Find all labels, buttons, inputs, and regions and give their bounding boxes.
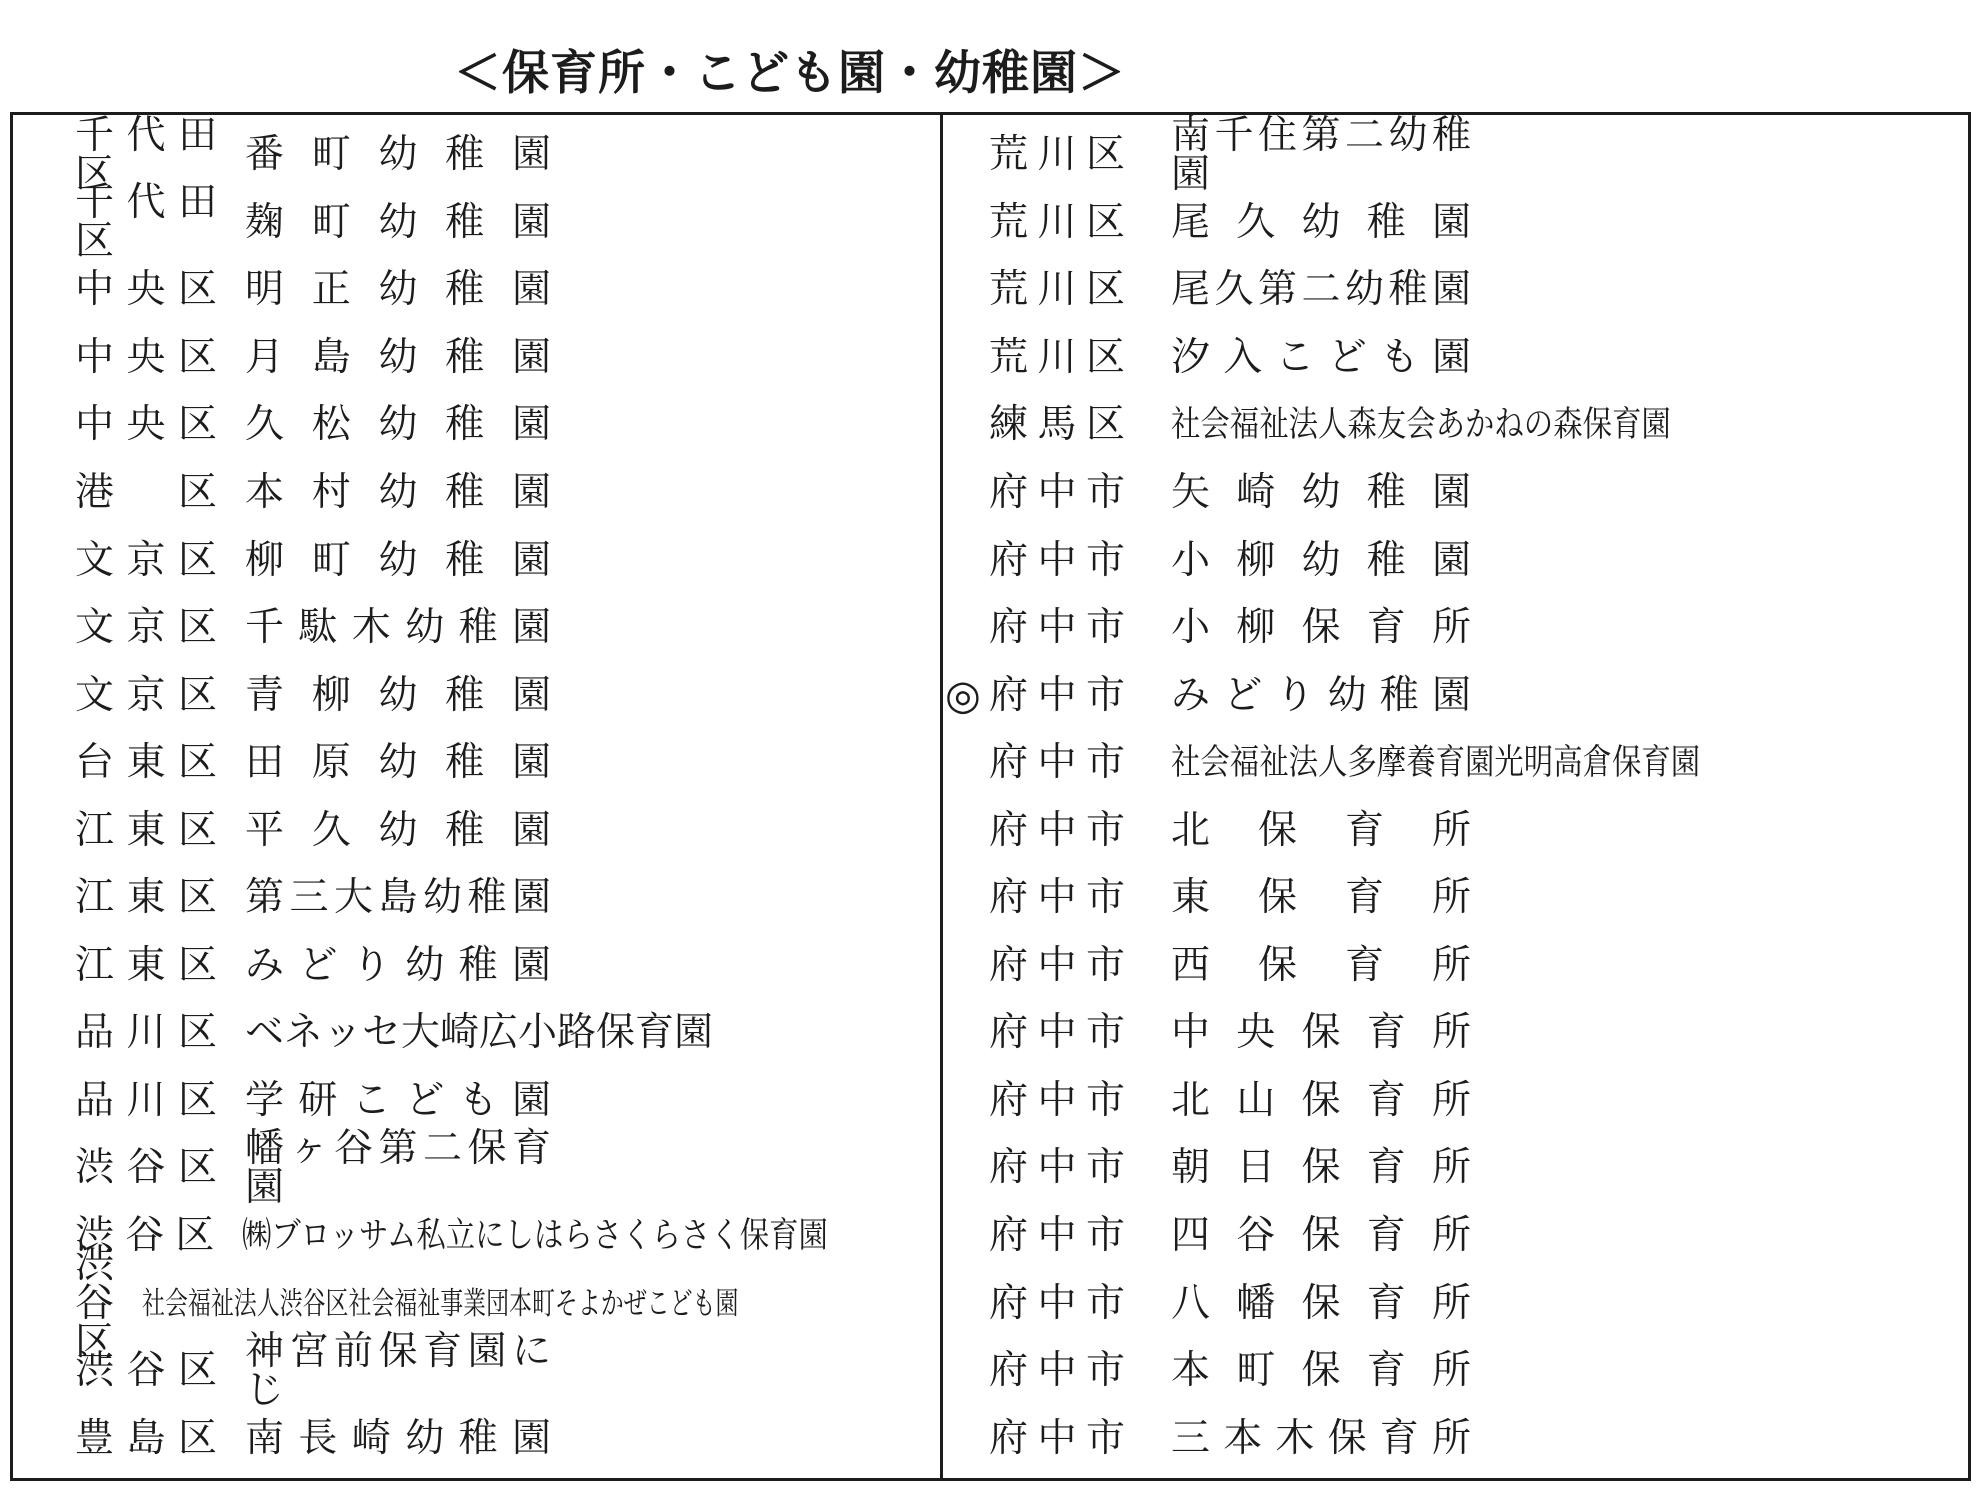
facility-name: 本村幼稚園 bbox=[245, 473, 551, 512]
facility-name: 神宮前保育園にじ bbox=[245, 1332, 551, 1410]
facility-name: 青柳幼稚園 bbox=[245, 676, 551, 715]
ward-name: 中央区 bbox=[75, 270, 217, 309]
facility-name: 尾久第二幼稚園 bbox=[1171, 270, 1471, 309]
facility-row: 渋谷区㈱ブロッサム私立にしはらさくらさく保育園 bbox=[13, 1203, 940, 1269]
facility-row: 府中市社会福祉法人多摩養育園光明高倉保育園 bbox=[943, 730, 1968, 796]
ward-name: 練馬区 bbox=[989, 405, 1125, 444]
facility-row: 府中市八幡保育所 bbox=[943, 1270, 1968, 1336]
facility-name: 南千住第二幼稚園 bbox=[1171, 116, 1471, 194]
facility-row: 千代田区麹町幼稚園 bbox=[13, 189, 940, 255]
facility-name: 社会福祉法人森友会あかねの森保育園 bbox=[1171, 407, 1671, 442]
facility-rows-left: 千代田区番町幼稚園千代田区麹町幼稚園中央区明正幼稚園中央区月島幼稚園中央区久松幼… bbox=[13, 115, 940, 1478]
facility-row: 府中市本町保育所 bbox=[943, 1338, 1968, 1404]
facility-name: 北保育所 bbox=[1171, 811, 1471, 850]
facility-row: 荒川区尾久第二幼稚園 bbox=[943, 257, 1968, 323]
facility-row: 中央区月島幼稚園 bbox=[13, 324, 940, 390]
facility-name: 尾久幼稚園 bbox=[1171, 203, 1471, 242]
facility-row: 江東区みどり幼稚園 bbox=[13, 932, 940, 998]
facility-row: 府中市北保育所 bbox=[943, 797, 1968, 863]
facility-row: 渋谷区社会福祉法人渋谷区社会福祉事業団本町そよかぜこども園 bbox=[13, 1270, 940, 1336]
ward-name: 府中市 bbox=[989, 473, 1125, 512]
facility-row: 府中市四谷保育所 bbox=[943, 1203, 1968, 1269]
facility-row: 府中市小柳幼稚園 bbox=[943, 527, 1968, 593]
facility-row: 練馬区社会福祉法人森友会あかねの森保育園 bbox=[943, 392, 1968, 458]
facility-row: 荒川区汐入こども園 bbox=[943, 324, 1968, 390]
ward-name: 中央区 bbox=[75, 405, 217, 444]
ward-name: 府中市 bbox=[989, 743, 1125, 782]
facility-row: ◎府中市みどり幼稚園 bbox=[943, 662, 1968, 728]
facility-name: 四谷保育所 bbox=[1171, 1216, 1471, 1255]
ward-name: 千代田区 bbox=[75, 183, 217, 261]
facility-list-box: 千代田区番町幼稚園千代田区麹町幼稚園中央区明正幼稚園中央区月島幼稚園中央区久松幼… bbox=[10, 112, 1971, 1481]
ward-name: 府中市 bbox=[989, 1351, 1125, 1390]
ward-name: 府中市 bbox=[989, 676, 1125, 715]
facility-name: 汐入こども園 bbox=[1171, 338, 1471, 377]
ward-name: 江東区 bbox=[75, 946, 217, 985]
ward-name: 台東区 bbox=[75, 743, 217, 782]
facility-name: 朝日保育所 bbox=[1171, 1148, 1471, 1187]
facility-name: みどり幼稚園 bbox=[1171, 676, 1471, 715]
facility-name: 北山保育所 bbox=[1171, 1081, 1471, 1120]
ward-name: 府中市 bbox=[989, 1216, 1125, 1255]
facility-row: 中央区久松幼稚園 bbox=[13, 392, 940, 458]
facility-rows-right: 荒川区南千住第二幼稚園荒川区尾久幼稚園荒川区尾久第二幼稚園荒川区汐入こども園練馬… bbox=[943, 115, 1968, 1478]
facility-row: 文京区青柳幼稚園 bbox=[13, 662, 940, 728]
ward-name: 江東区 bbox=[75, 878, 217, 917]
facility-row: 中央区明正幼稚園 bbox=[13, 257, 940, 323]
ward-name: 文京区 bbox=[75, 608, 217, 647]
facility-row: 江東区平久幼稚園 bbox=[13, 797, 940, 863]
facility-row: 江東区第三大島幼稚園 bbox=[13, 865, 940, 931]
facility-name: 柳町幼稚園 bbox=[245, 541, 551, 580]
facility-row: 豊島区南長崎幼稚園 bbox=[13, 1405, 940, 1471]
ward-name: 中央区 bbox=[75, 338, 217, 377]
facility-row: 府中市北山保育所 bbox=[943, 1067, 1968, 1133]
ward-name: 府中市 bbox=[989, 1013, 1125, 1052]
facility-row: 荒川区尾久幼稚園 bbox=[943, 189, 1968, 255]
facility-name: 月島幼稚園 bbox=[245, 338, 551, 377]
ward-name: 荒川区 bbox=[989, 338, 1125, 377]
ward-name: 府中市 bbox=[989, 878, 1125, 917]
ward-name: 文京区 bbox=[75, 541, 217, 580]
facility-row: 府中市中央保育所 bbox=[943, 1000, 1968, 1066]
facility-name: 矢崎幼稚園 bbox=[1171, 473, 1471, 512]
facility-row: 渋谷区神宮前保育園にじ bbox=[13, 1338, 940, 1404]
facility-row: 府中市東保育所 bbox=[943, 865, 1968, 931]
facility-name: 田原幼稚園 bbox=[245, 743, 551, 782]
facility-row: 品川区学研こども園 bbox=[13, 1067, 940, 1133]
facility-name: 小柳幼稚園 bbox=[1171, 541, 1471, 580]
facility-name: 中央保育所 bbox=[1171, 1013, 1471, 1052]
facility-row: 千代田区番町幼稚園 bbox=[13, 122, 940, 188]
facility-name: みどり幼稚園 bbox=[245, 946, 551, 985]
facility-name: 西保育所 bbox=[1171, 946, 1471, 985]
ward-name: 荒川区 bbox=[989, 203, 1125, 242]
facility-name: 社会福祉法人渋谷区社会福祉事業団本町そよかぜこども園 bbox=[142, 1288, 738, 1319]
ward-name: 府中市 bbox=[989, 608, 1125, 647]
facility-row: 府中市三本木保育所 bbox=[943, 1405, 1968, 1471]
ward-name: 江東区 bbox=[75, 811, 217, 850]
facility-name: 明正幼稚園 bbox=[245, 270, 551, 309]
double-circle-marker: ◎ bbox=[945, 675, 989, 716]
facility-name: ベネッセ大崎広小路保育園 bbox=[245, 1013, 713, 1052]
facility-name: 学研こども園 bbox=[245, 1081, 551, 1120]
ward-name: 府中市 bbox=[989, 1148, 1125, 1187]
facility-column-right: 荒川区南千住第二幼稚園荒川区尾久幼稚園荒川区尾久第二幼稚園荒川区汐入こども園練馬… bbox=[943, 115, 1968, 1478]
facility-row: 港区本村幼稚園 bbox=[13, 460, 940, 526]
facility-name: 久松幼稚園 bbox=[245, 405, 551, 444]
facility-name: 第三大島幼稚園 bbox=[245, 878, 551, 917]
ward-name: 渋谷区 bbox=[75, 1351, 217, 1390]
facility-name: 社会福祉法人多摩養育園光明高倉保育園 bbox=[1171, 745, 1700, 780]
page-title: ＜保育所・こども園・幼稚園＞ bbox=[0, 36, 1580, 103]
facility-name: 東保育所 bbox=[1171, 878, 1471, 917]
ward-name: 品川区 bbox=[75, 1081, 217, 1120]
facility-name: 千駄木幼稚園 bbox=[245, 608, 551, 647]
facility-row: 荒川区南千住第二幼稚園 bbox=[943, 122, 1968, 188]
facility-row: 品川区ベネッセ大崎広小路保育園 bbox=[13, 1000, 940, 1066]
facility-name: 小柳保育所 bbox=[1171, 608, 1471, 647]
ward-name: 府中市 bbox=[989, 811, 1125, 850]
facility-row: 府中市朝日保育所 bbox=[943, 1135, 1968, 1201]
facility-row: 府中市矢崎幼稚園 bbox=[943, 460, 1968, 526]
ward-name: 荒川区 bbox=[989, 135, 1125, 174]
facility-column-left: 千代田区番町幼稚園千代田区麹町幼稚園中央区明正幼稚園中央区月島幼稚園中央区久松幼… bbox=[13, 115, 943, 1478]
ward-name: 府中市 bbox=[989, 1081, 1125, 1120]
ward-name: 文京区 bbox=[75, 676, 217, 715]
facility-name: 幡ヶ谷第二保育園 bbox=[245, 1129, 551, 1207]
ward-name: 府中市 bbox=[989, 946, 1125, 985]
facility-name: 麹町幼稚園 bbox=[245, 203, 551, 242]
ward-name: 渋谷区 bbox=[75, 1148, 217, 1187]
facility-name: ㈱ブロッサム私立にしはらさくらさく保育園 bbox=[242, 1218, 828, 1253]
facility-row: 台東区田原幼稚園 bbox=[13, 730, 940, 796]
facility-name: 番町幼稚園 bbox=[245, 135, 551, 174]
facility-row: 府中市西保育所 bbox=[943, 932, 1968, 998]
facility-row: 渋谷区幡ヶ谷第二保育園 bbox=[13, 1135, 940, 1201]
facility-name: 本町保育所 bbox=[1171, 1351, 1471, 1390]
facility-row: 文京区柳町幼稚園 bbox=[13, 527, 940, 593]
ward-name: 府中市 bbox=[989, 1284, 1125, 1323]
ward-name: 港区 bbox=[75, 473, 217, 512]
ward-name: 府中市 bbox=[989, 541, 1125, 580]
facility-row: 文京区千駄木幼稚園 bbox=[13, 595, 940, 661]
ward-name: 府中市 bbox=[989, 1419, 1125, 1458]
ward-name: 荒川区 bbox=[989, 270, 1125, 309]
facility-row: 府中市小柳保育所 bbox=[943, 595, 1968, 661]
facility-name: 八幡保育所 bbox=[1171, 1284, 1471, 1323]
facility-name: 南長崎幼稚園 bbox=[245, 1419, 551, 1458]
facility-name: 三本木保育所 bbox=[1171, 1419, 1471, 1458]
ward-name: 豊島区 bbox=[75, 1419, 217, 1458]
ward-name: 品川区 bbox=[75, 1013, 217, 1052]
document-page: ＜保育所・こども園・幼稚園＞ 千代田区番町幼稚園千代田区麹町幼稚園中央区明正幼稚… bbox=[0, 0, 1980, 1496]
facility-name: 平久幼稚園 bbox=[245, 811, 551, 850]
